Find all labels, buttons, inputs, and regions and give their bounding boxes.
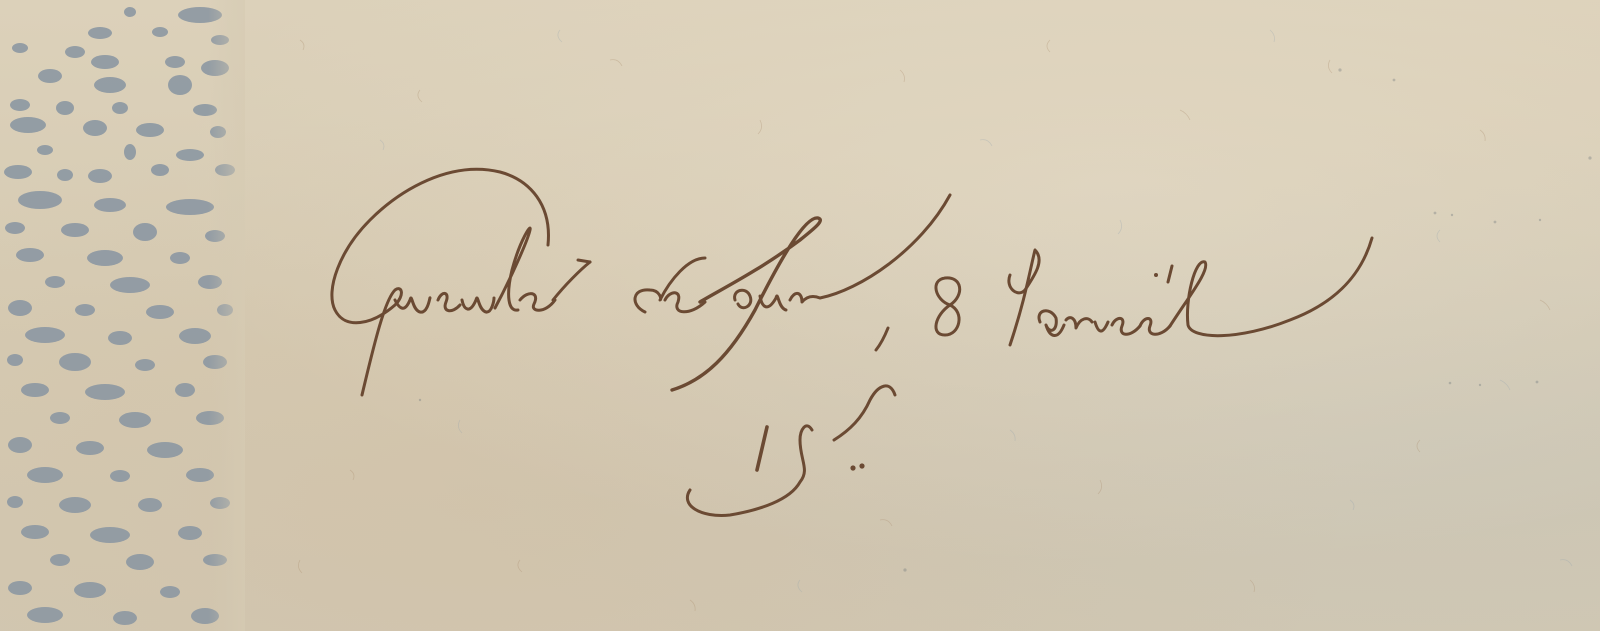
numeral-eight [936,278,960,335]
word-four [672,195,950,390]
word-gueule [332,169,590,395]
numeral-fifteen [687,386,895,515]
handwritten-inscription [0,0,1600,631]
word-varietes [1009,238,1372,345]
comma [876,328,888,350]
word-de [635,258,705,312]
